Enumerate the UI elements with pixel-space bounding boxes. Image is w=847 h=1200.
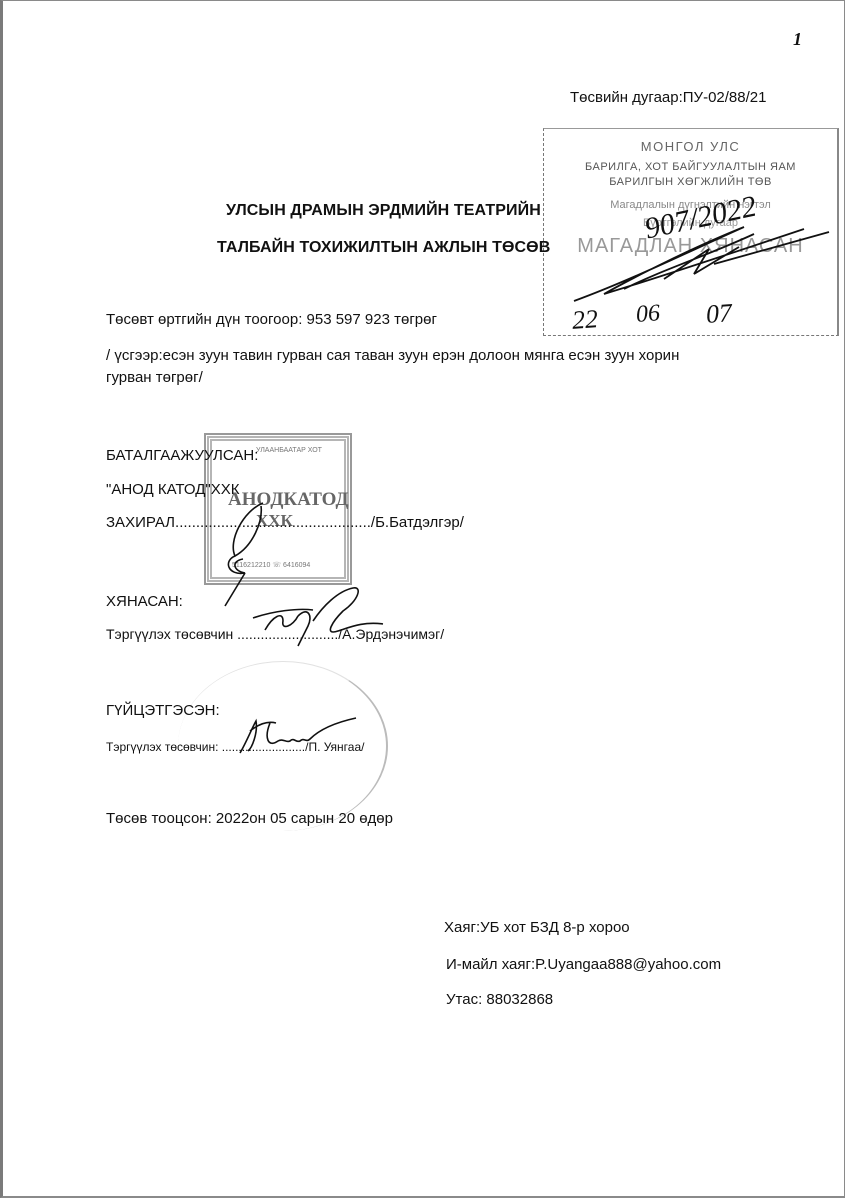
- title-line-1: УЛСЫН ДРАМЫН ЭРДМИЙН ТЕАТРИЙН: [226, 202, 541, 220]
- approved-company: "АНОД КАТОД"ХХК: [106, 481, 239, 498]
- contact-address: Хаяг:УБ хот БЗД 8-р хороо: [444, 919, 630, 936]
- cost-words-line-1: / үсгээр:есэн зуун тавин гурван сая тава…: [106, 347, 679, 364]
- document-page: 1 Төсвийн дугаар:ПУ-02/88/21 МОНГОЛ УЛС …: [0, 0, 845, 1198]
- cost-words-line-2: гурван төгрөг/: [106, 369, 203, 386]
- executed-heading: ГҮЙЦЭТГЭСЭН:: [106, 702, 220, 719]
- reviewed-heading: ХЯНАСАН:: [106, 593, 183, 610]
- contact-phone: Утас: 88032868: [446, 991, 553, 1008]
- contact-email: И-майл хаяг:P.Uyangaa888@yahoo.com: [446, 956, 721, 973]
- company-stamp-city: УЛААНБААТАР ХОТ: [256, 447, 322, 454]
- approval-signature-icon: [544, 129, 840, 337]
- executor-signature-icon: [238, 713, 358, 758]
- approved-director-line: ЗАХИРАЛ.................................…: [106, 514, 464, 531]
- cost-numeric: Төсөвт өртгийн дүн тоогоор: 953 597 923 …: [106, 311, 437, 328]
- approved-heading: БАТАЛГААЖУУЛСАН:: [106, 447, 258, 464]
- budget-number: Төсвийн дугаар:ПУ-02/88/21: [570, 89, 766, 106]
- approval-stamp: МОНГОЛ УЛС БАРИЛГА, ХОТ БАЙГУУЛАЛТЫН ЯАМ…: [543, 128, 839, 336]
- title-line-2: ТАЛБАЙН ТОХИЖИЛТЫН АЖЛЫН ТӨСӨВ: [217, 239, 550, 257]
- reviewer-signature-icon: [253, 586, 393, 651]
- calculation-date: Төсөв тооцсон: 2022он 05 сарын 20 өдөр: [106, 810, 393, 827]
- page-number: 1: [793, 29, 802, 50]
